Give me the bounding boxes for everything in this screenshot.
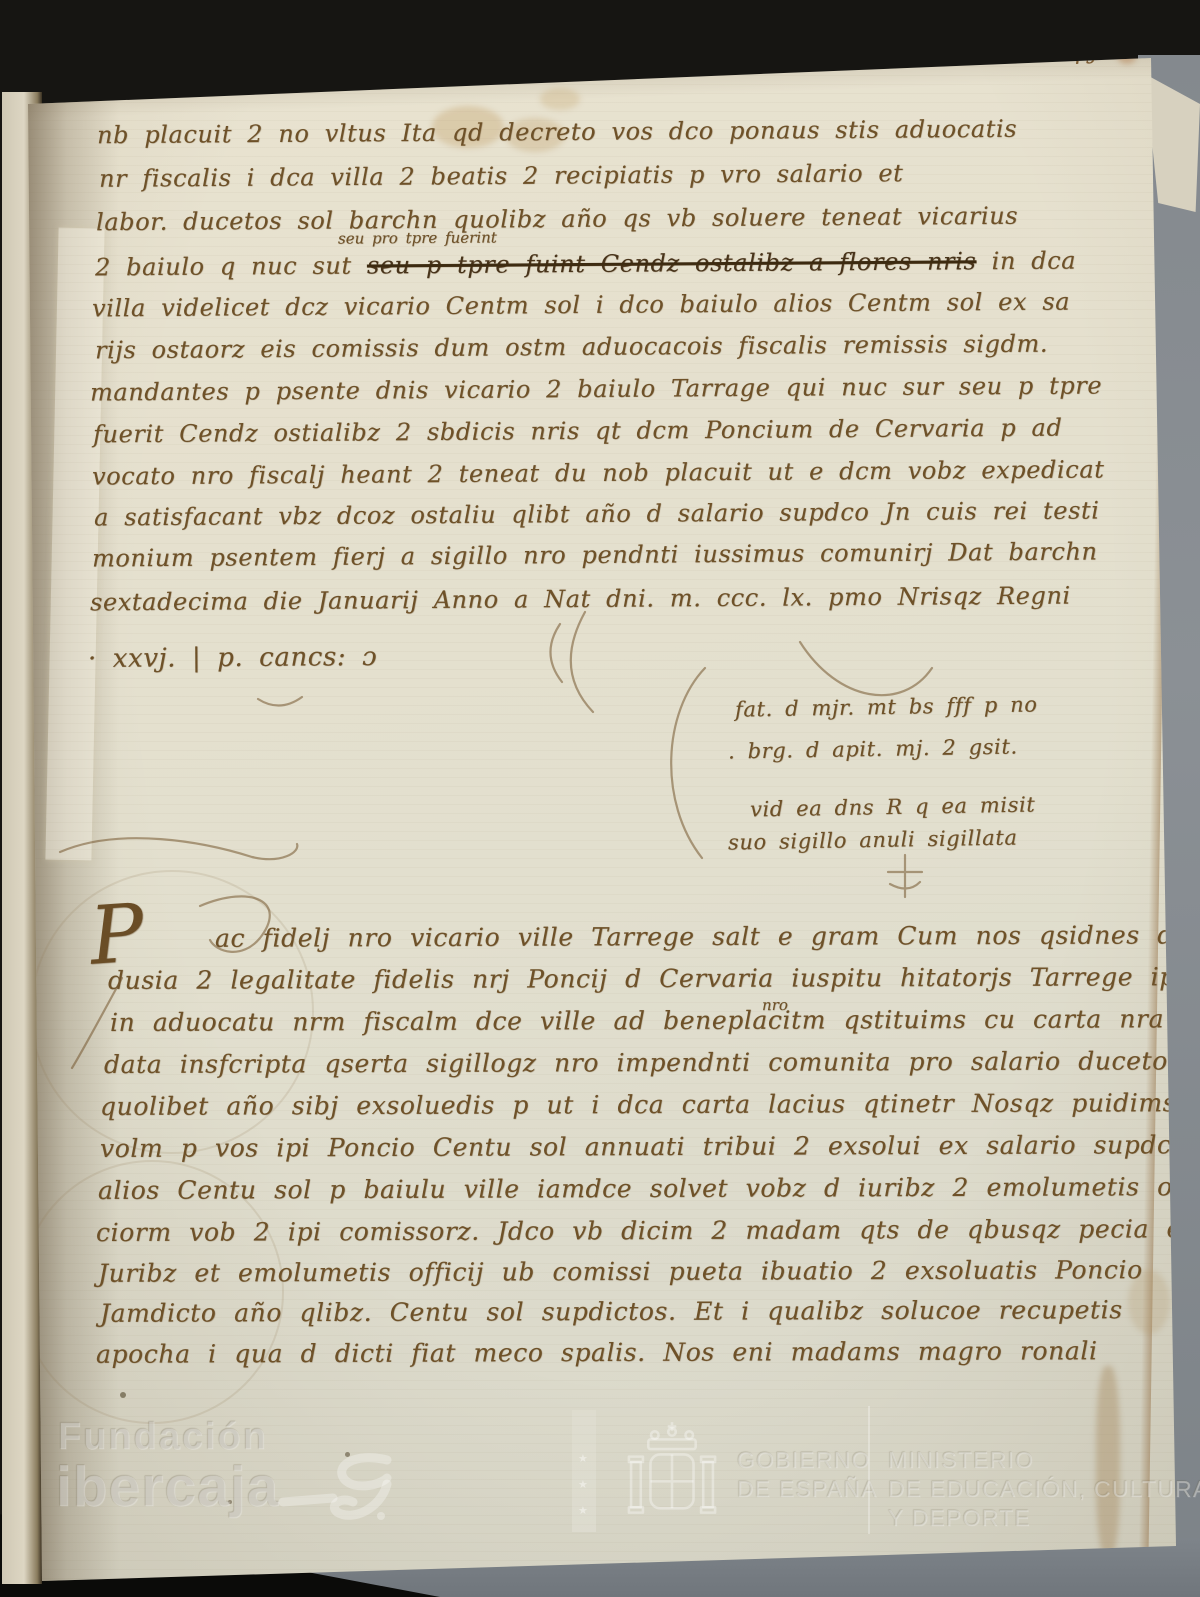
manuscript-page: xxpj nb placuit 2 no vltus Ita qd decret… <box>0 0 1200 1597</box>
ink-flourishes <box>0 0 1200 1597</box>
line-post: in dca <box>976 247 1076 276</box>
manuscript-line: labor. ducetos sol barchn quolibz año qs… <box>96 202 1018 236</box>
manuscript-line: dusia 2 legalitate fidelis nrj Poncij d … <box>108 962 1200 995</box>
manuscript-line: monium psentem fierj a sigillo nro pendn… <box>92 537 1098 572</box>
coat-of-arms-icon <box>618 1420 726 1532</box>
marginal-note-line: fat. d mjr. mt bs fff p no <box>735 692 1038 721</box>
manuscript-line: villa videlicet dcz vicario Centm sol i … <box>92 288 1070 323</box>
manuscript-line: in aduocatu nrm fiscalm dce ville ad ben… <box>110 1004 1200 1037</box>
manuscript-photo-scene: xxpj nb placuit 2 no vltus Ita qd decret… <box>0 0 1200 1597</box>
manuscript-line: sextadecima die Januarij Anno a Nat dni.… <box>90 582 1071 617</box>
stain <box>1086 26 1114 48</box>
star-icon: ★ <box>578 1504 588 1517</box>
stain <box>540 88 580 110</box>
gobierno-line1: GOBIERNO <box>737 1446 878 1475</box>
folio-number: xxpj <box>1045 35 1098 67</box>
watermark-gobierno-text: GOBIERNO DE ESPAÑA <box>737 1446 878 1504</box>
manuscript-line: data insfcripta qserta sigillogz nro imp… <box>104 1046 1200 1079</box>
swan-logo-icon <box>275 1450 400 1535</box>
manuscript-line: alios Centu sol p baiulu ville iamdce so… <box>98 1172 1200 1205</box>
manuscript-line: volm p vos ipi Poncio Centu sol annuati … <box>100 1130 1200 1163</box>
stain <box>432 106 504 148</box>
manuscript-line: ac fidelj nro vicario ville Tarrege salt… <box>215 920 1200 952</box>
line-pre: 2 baiulo q nuc sut <box>95 252 367 282</box>
watermark-ibercaja-text: ibercaja <box>56 1454 279 1520</box>
struck-text: seu p tpre fuint Cendz ostalibz a flores… <box>367 247 977 279</box>
manuscript-line: mandantes p psente dnis vicario 2 baiulo… <box>90 371 1102 406</box>
stain <box>505 118 565 152</box>
gobierno-line2: DE ESPAÑA <box>737 1475 878 1504</box>
manuscript-line-struck: 2 baiulo q nuc sut seu p tpre fuint Cend… <box>95 247 1076 282</box>
ministerio-line3: Y DEPORTE <box>888 1504 1200 1533</box>
manuscript-line: nb placuit 2 no vltus Ita qd decreto vos… <box>97 115 1017 149</box>
manuscript-line: a satisfacant vbz dcoz ostaliu qlibt año… <box>94 496 1100 531</box>
marginal-note-line: vid ea dns R q ea misit <box>750 793 1036 822</box>
marginal-note-line: . brg. d apit. mj. 2 gsit. <box>728 734 1018 763</box>
swan-eye-dot <box>377 1512 385 1520</box>
blind-stamp-circle <box>20 1160 284 1424</box>
ink-speck <box>120 1392 126 1398</box>
page-top-shadow <box>20 6 1162 120</box>
manuscript-line: Jamdicto año qlibz. Centu sol supdictos.… <box>100 1295 1123 1328</box>
interlinear-addition: seu pro tpre fuerint <box>338 228 497 247</box>
manuscript-line: nr fiscalis i dca villa 2 beatis 2 recip… <box>99 159 904 193</box>
watermark-fundacion-text: Fundación <box>58 1416 268 1459</box>
watermark-divider <box>868 1406 870 1534</box>
repair-tape-strip <box>45 228 104 861</box>
watermark-ministerio-text: MINISTERIO DE EDUCACIÓN, CULTURA Y DEPOR… <box>888 1446 1200 1533</box>
manuscript-line: Juribz et emolumetis officij ub comissi … <box>98 1255 1143 1288</box>
marginal-note-line: suo sigillo anuli sigillata <box>728 825 1018 854</box>
stain <box>1128 1270 1170 1334</box>
initial-capital: P <box>87 886 147 983</box>
manuscript-line: vocato nro fiscalj heant 2 teneat du nob… <box>92 455 1105 490</box>
ministerio-line1: MINISTERIO <box>888 1446 1200 1475</box>
blind-stamp-circle <box>30 870 314 1154</box>
stain <box>1118 50 1136 64</box>
interlinear-addition: nro <box>762 996 788 1014</box>
manuscript-line: ciorm vob 2 ipi comissorz. Jdco vb dicim… <box>96 1214 1200 1247</box>
star-icon: ★ <box>578 1452 588 1465</box>
manuscript-line: quolibet año sibj exsoluedis p ut i dca … <box>100 1088 1200 1121</box>
manuscript-line: apocha i qua d dicti fiat meco spalis. N… <box>96 1336 1098 1368</box>
closing-line: · xxvj. | p. cancs: ɔ <box>88 642 377 674</box>
star-icon: ★ <box>578 1478 588 1491</box>
manuscript-line: fuerit Cendz ostialibz 2 sbdicis nris qt… <box>93 414 1063 449</box>
ministerio-line2: DE EDUCACIÓN, CULTURA <box>888 1475 1200 1504</box>
manuscript-line: rijs ostaorz eis comissis dum ostm aduoc… <box>95 330 1048 365</box>
